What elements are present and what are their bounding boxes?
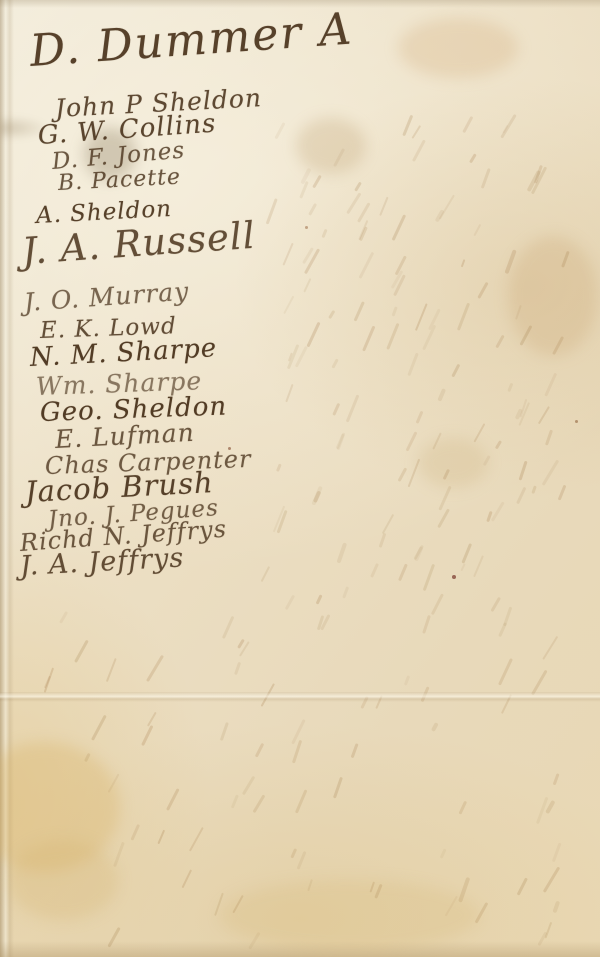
signature: J. O. Murray	[23, 276, 190, 316]
signature: D. Dummer A	[28, 3, 354, 76]
signature-list: D. Dummer AJohn P SheldonG. W. CollinsD.…	[0, 0, 600, 957]
document-page: D. Dummer AJohn P SheldonG. W. CollinsD.…	[0, 0, 600, 957]
signature: B. Pacette	[57, 165, 181, 196]
